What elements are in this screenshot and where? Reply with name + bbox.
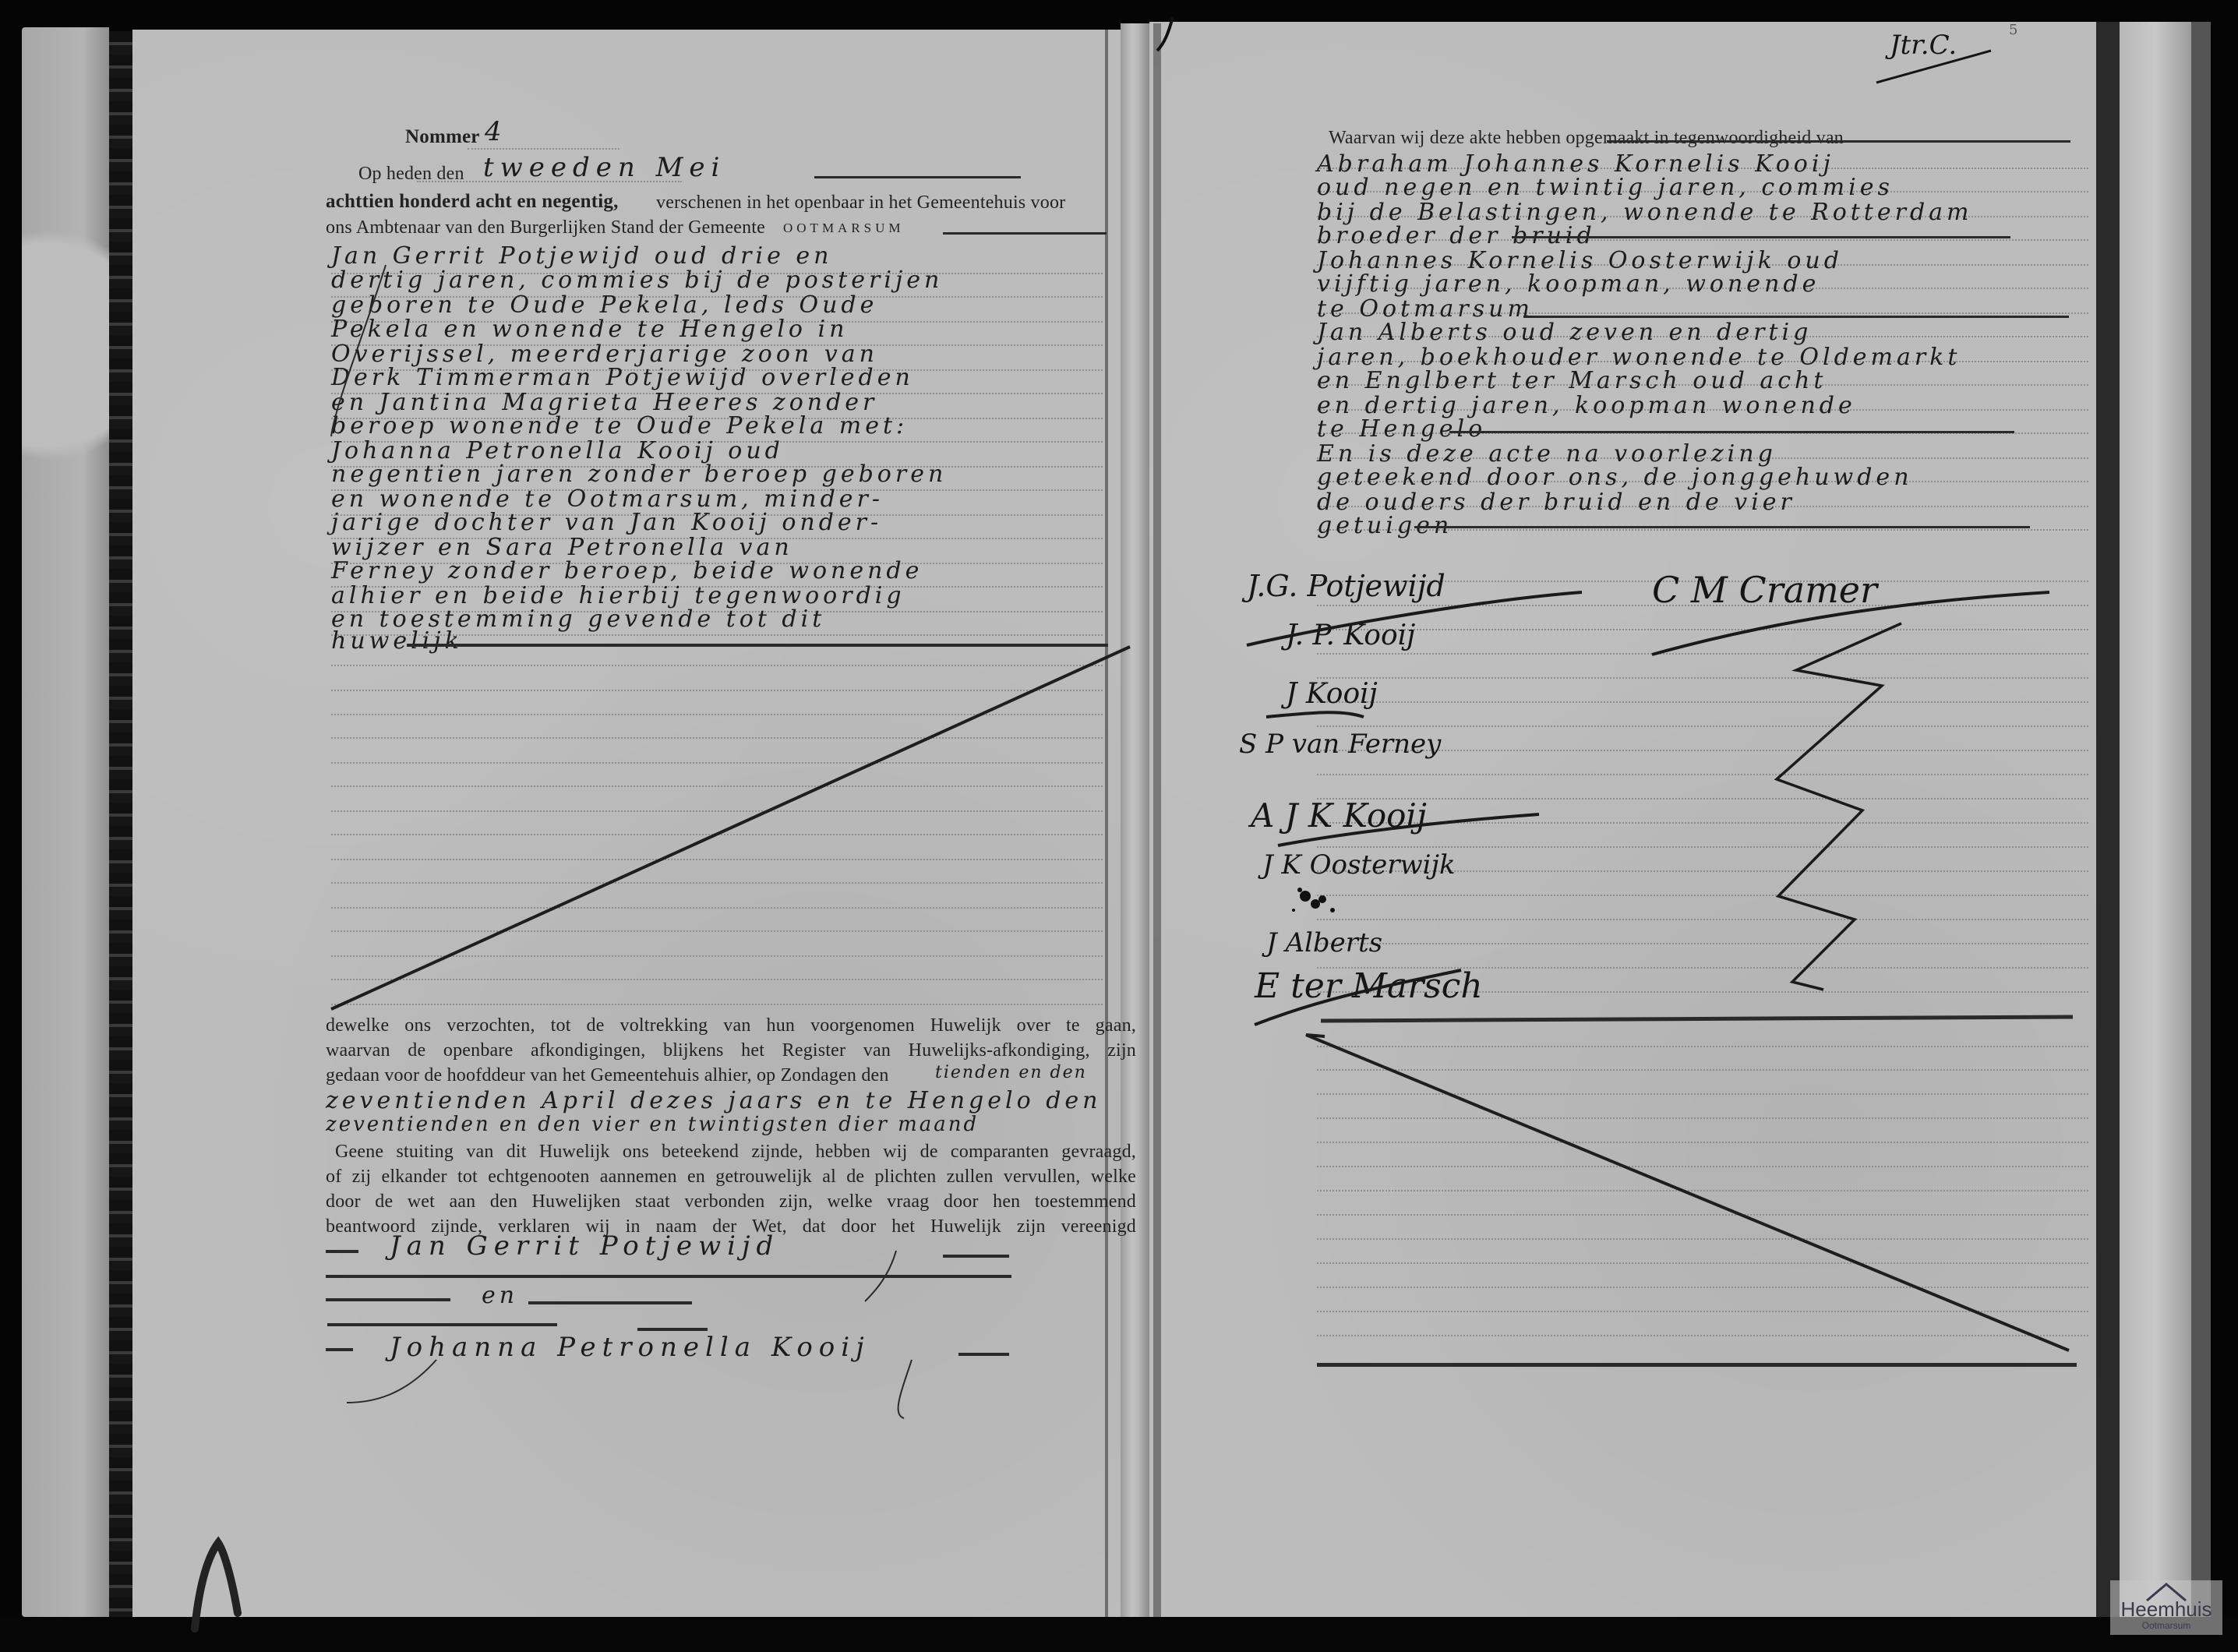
year-text: achttien honderd acht en negentig, [326,192,619,211]
nommer-value: 4 [485,118,508,145]
municipality-name: OOTMARSUM [783,221,905,235]
signature-registrar: C M Cramer [1652,569,1877,611]
fill-rule [1523,316,2069,318]
heemhuis-watermark-logo: Heemhuis Ootmarsum [2110,1580,2222,1635]
marbled-cover-left [22,27,109,1617]
hand-line: Johannes Kornelis Oosterwijk oud [1317,249,1843,273]
para-line: door de wet aan den Huwelijken staat ver… [326,1192,1136,1211]
publication-date-handwritten: zeventienden April dezes jaars en te Hen… [326,1089,1101,1113]
fill-rule [326,1298,450,1301]
witnesses-intro: Waarvan wij deze akte hebben opgemaakt i… [1329,129,1844,147]
cover-binding-strip-left [109,31,132,1621]
para-line: dewelke ons verzochten, tot de voltrekki… [326,1016,1136,1035]
marriage-date-handwritten: tweeden Mei [483,154,725,181]
hand-line: Derk Timmerman Potjewijd overleden [331,366,914,390]
cover-binding-bar-right [2096,22,2120,1627]
fill-rule [1512,236,2010,238]
right-page-gutter-shadow [1153,23,1161,1621]
hand-line: dertig jaren, commies bij de posterijen [331,269,943,292]
end-of-entry-rule [407,644,1108,647]
publication-date-handwritten: tienden en den [935,1064,1087,1082]
fill-rule [326,1348,353,1351]
folio-number: 5 [2009,22,2017,38]
fill-rule [528,1301,692,1304]
hand-line: oud negen en twintig jaren, commies [1317,176,1894,199]
fill-rule [637,1328,708,1331]
hand-line: en Jantina Magrieta Heeres zonder [331,391,877,415]
publication-date-handwritten: zeventienden en den vier en twintigsten … [326,1114,979,1135]
hand-line: Ferney zonder beroep, beide wonende [331,559,923,583]
hand-line: negentien jaren zonder beroep geboren [331,463,947,486]
bride-name: Johanna Petronella Kooij [390,1334,870,1361]
fill-rule [943,1255,1009,1258]
cover-right-strip [2120,22,2191,1627]
nommer-label: Nommer [405,127,480,146]
hand-line: vijftig jaren, koopman, wonende [1317,273,1820,296]
hand-line: en dertig jaren, koopman wonende [1317,394,1856,418]
para-line: of zij elkander tot echtgenooten aanneme… [326,1167,1136,1186]
hand-line: en Englbert ter Marsch oud acht [1317,369,1827,393]
hand-line: huwelijk [331,630,463,653]
appearance-text: verschenen in het openbaar in het Gemeen… [656,193,1065,212]
fill-rule [958,1353,1009,1356]
fill-rule [1414,526,2030,528]
date-fill-rule [814,176,1021,178]
hand-line: Pekela en wonende te Hengelo in [331,318,848,341]
hand-line: alhier en beide hierbij tegenwoordig [331,584,905,608]
watermark-subtitle: Ootmarsum [2110,1621,2222,1630]
hand-line: wijzer en Sara Petronella van [331,536,793,559]
fill-rule [326,1275,1011,1278]
bottom-shadow [0,1617,2238,1652]
signature-witness-4: E ter Marsch [1255,966,1483,1006]
signature-bride: J. P. Kooij [1286,619,1415,651]
signature-mother: S P van Ferney [1239,729,1441,760]
cover-right-edge [2191,22,2211,1627]
page-end-rule [1317,1363,2077,1367]
fill-rule [327,1323,557,1326]
para-line: waarvan de openbare afkondigingen, blijk… [326,1041,1136,1060]
official-text: ons Ambtenaar van den Burgerlijken Stand… [326,218,765,237]
signature-witness-1: A J K Kooij [1251,796,1427,835]
signature-father: J Kooij [1286,678,1378,710]
conjunction-en: en [482,1284,518,1308]
hand-line: Abraham Johannes Kornelis Kooij [1317,153,1834,176]
para-line: gedaan voor de hoofddeur van het Gemeent… [326,1066,889,1085]
para-line: Geene stuiting van dit Huwelijk ons bete… [335,1142,1136,1161]
hand-line: jaren, boekhouder wonende te Oldemarkt [1317,346,1961,369]
hand-line: beroep wonende te Oude Pekela met: [331,415,908,438]
hand-line: Jan Gerrit Potjewijd oud drie en [331,245,832,268]
hand-line: geboren te Oude Pekela, leds Oude [331,294,877,317]
hand-line: Overijssel, meerderjarige zoon van [331,343,878,366]
op-heden-label: Op heden den [358,164,464,183]
hand-line: bij de Belastingen, wonende te Rotterdam [1317,201,1973,224]
hand-line: de ouders der bruid en de vier [1317,491,1795,514]
left-page-border [1105,30,1108,1619]
intro-fill-rule [1607,140,2070,143]
book-spine [1121,23,1149,1621]
fill-rule [1449,431,2014,433]
hand-line: En is deze acte na voorlezing [1317,443,1777,466]
fill-rule [326,1250,358,1253]
hand-line: jarige dochter van Jan Kooij onder- [331,511,882,535]
hand-line: Johanna Petronella Kooij oud [331,439,784,463]
signature-witness-3: J Alberts [1266,927,1382,958]
groom-name: Jan Gerrit Potjewijd [390,1233,779,1259]
hand-line: Jan Alberts oud zeven en dertig [1317,321,1812,344]
signature-groom: J.G. Potjewijd [1247,569,1446,603]
municipality-fill-rule [943,232,1107,235]
hand-line: en wonende te Ootmarsum, minder- [331,488,884,511]
folio-mark: Jtr.C. [1890,30,1957,61]
hand-line: geteekend door ons, de jonggehuwden [1317,466,1913,489]
hand-line: te Hengelo [1317,418,1486,441]
hand-line: te Ootmarsum [1317,298,1534,321]
signature-witness-2: J K Oosterwijk [1262,849,1456,881]
watermark-title: Heemhuis [2110,1599,2222,1619]
